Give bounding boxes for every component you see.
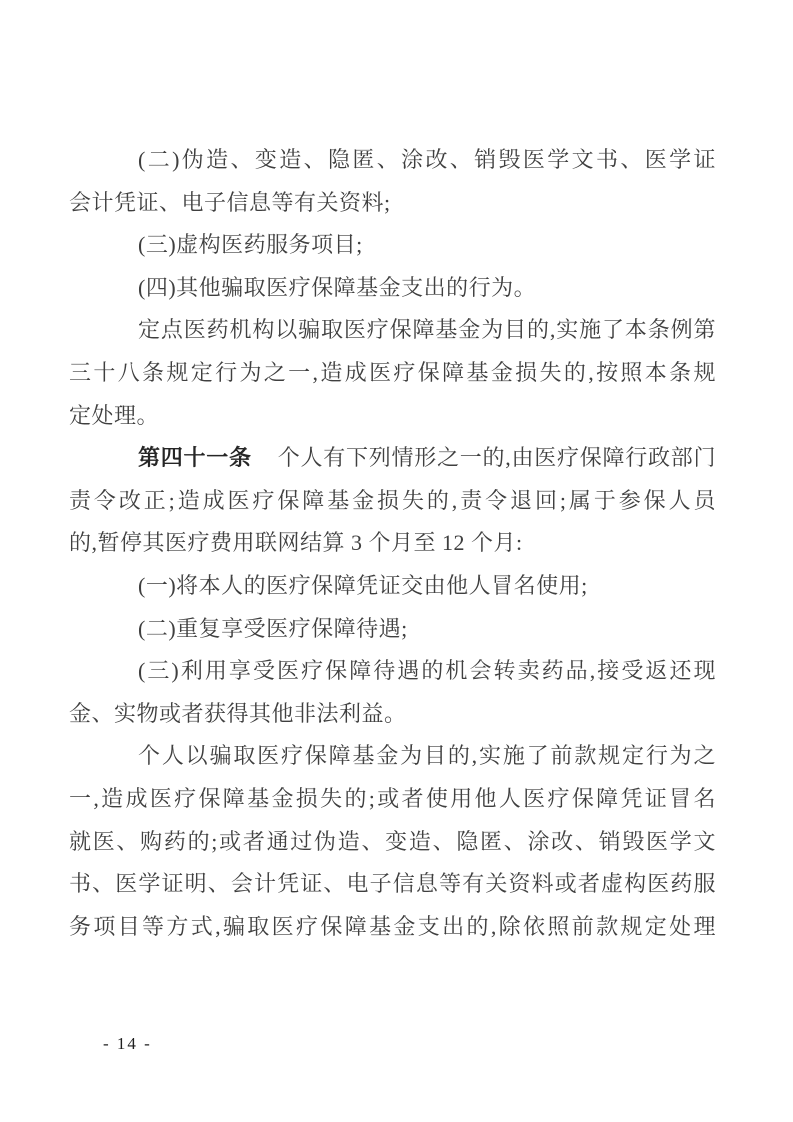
text-block: (二)伪造、变造、隐匿、涂改、销毁医学文书、医学证明、会计凭证、电子信息等有关资… xyxy=(69,139,716,948)
text-line: 一,造成医疗保障基金损失的;或者使用他人医疗保障凭证冒名 xyxy=(69,778,716,821)
text-line: 个人以骗取医疗保障基金为目的,实施了前款规定行为之 xyxy=(69,735,716,778)
paragraph-item-3: (三)虚构医药服务项目; xyxy=(69,224,716,267)
text-line: 的,暂停其医疗费用联网结算 3 个月至 12 个月: xyxy=(69,522,716,565)
text-line: (三)利用享受医疗保障待遇的机会转卖药品,接受返还现 xyxy=(69,650,716,693)
paragraph-article-41-item-1: (一)将本人的医疗保障凭证交由他人冒名使用; xyxy=(69,565,716,608)
paragraph-item-4: (四)其他骗取医疗保障基金支出的行为。 xyxy=(69,267,716,310)
paragraph-article-41-item-2: (二)重复享受医疗保障待遇; xyxy=(69,608,716,651)
text-line: 第四十一条个人有下列情形之一的,由医疗保障行政部门 xyxy=(69,437,716,480)
text-line: (二)重复享受医疗保障待遇; xyxy=(69,608,716,651)
text-line: 责令改正;造成医疗保障基金损失的,责令退回;属于参保人员 xyxy=(69,480,716,523)
article-number-heading: 第四十一条 xyxy=(138,445,252,470)
text-line: (四)其他骗取医疗保障基金支出的行为。 xyxy=(69,267,716,310)
text-line: 书、医学证明、会计凭证、电子信息等有关资料或者虚构医药服 xyxy=(69,863,716,906)
text-line: (三)虚构医药服务项目; xyxy=(69,224,716,267)
text-line: 三十八条规定行为之一,造成医疗保障基金损失的,按照本条规 xyxy=(69,352,716,395)
text-line: 定点医药机构以骗取医疗保障基金为目的,实施了本条例第 xyxy=(69,309,716,352)
text-line: 会计凭证、电子信息等有关资料; xyxy=(69,182,716,225)
text-line: 定处理。 xyxy=(69,395,716,438)
paragraph-item-2: (二)伪造、变造、隐匿、涂改、销毁医学文书、医学证明、会计凭证、电子信息等有关资… xyxy=(69,139,716,224)
text-line: 金、实物或者获得其他非法利益。 xyxy=(69,693,716,736)
text-line: (二)伪造、变造、隐匿、涂改、销毁医学文书、医学证明、 xyxy=(69,139,716,182)
paragraph-article-41: 第四十一条个人有下列情形之一的,由医疗保障行政部门责令改正;造成医疗保障基金损失… xyxy=(69,437,716,565)
paragraph-clause-fixed-point-institutions: 定点医药机构以骗取医疗保障基金为目的,实施了本条例第三十八条规定行为之一,造成医… xyxy=(69,309,716,437)
text-line: 务项目等方式,骗取医疗保障基金支出的,除依照前款规定处理 xyxy=(69,906,716,949)
text-line: 就医、购药的;或者通过伪造、变造、隐匿、涂改、销毁医学文 xyxy=(69,821,716,864)
paragraph-article-41-individual-fraud: 个人以骗取医疗保障基金为目的,实施了前款规定行为之一,造成医疗保障基金损失的;或… xyxy=(69,735,716,948)
text-line: (一)将本人的医疗保障凭证交由他人冒名使用; xyxy=(69,565,716,608)
paragraph-article-41-item-3: (三)利用享受医疗保障待遇的机会转卖药品,接受返还现金、实物或者获得其他非法利益… xyxy=(69,650,716,735)
document-page: (二)伪造、变造、隐匿、涂改、销毁医学文书、医学证明、会计凭证、电子信息等有关资… xyxy=(0,0,793,1122)
page-number: - 14 - xyxy=(103,1034,152,1054)
